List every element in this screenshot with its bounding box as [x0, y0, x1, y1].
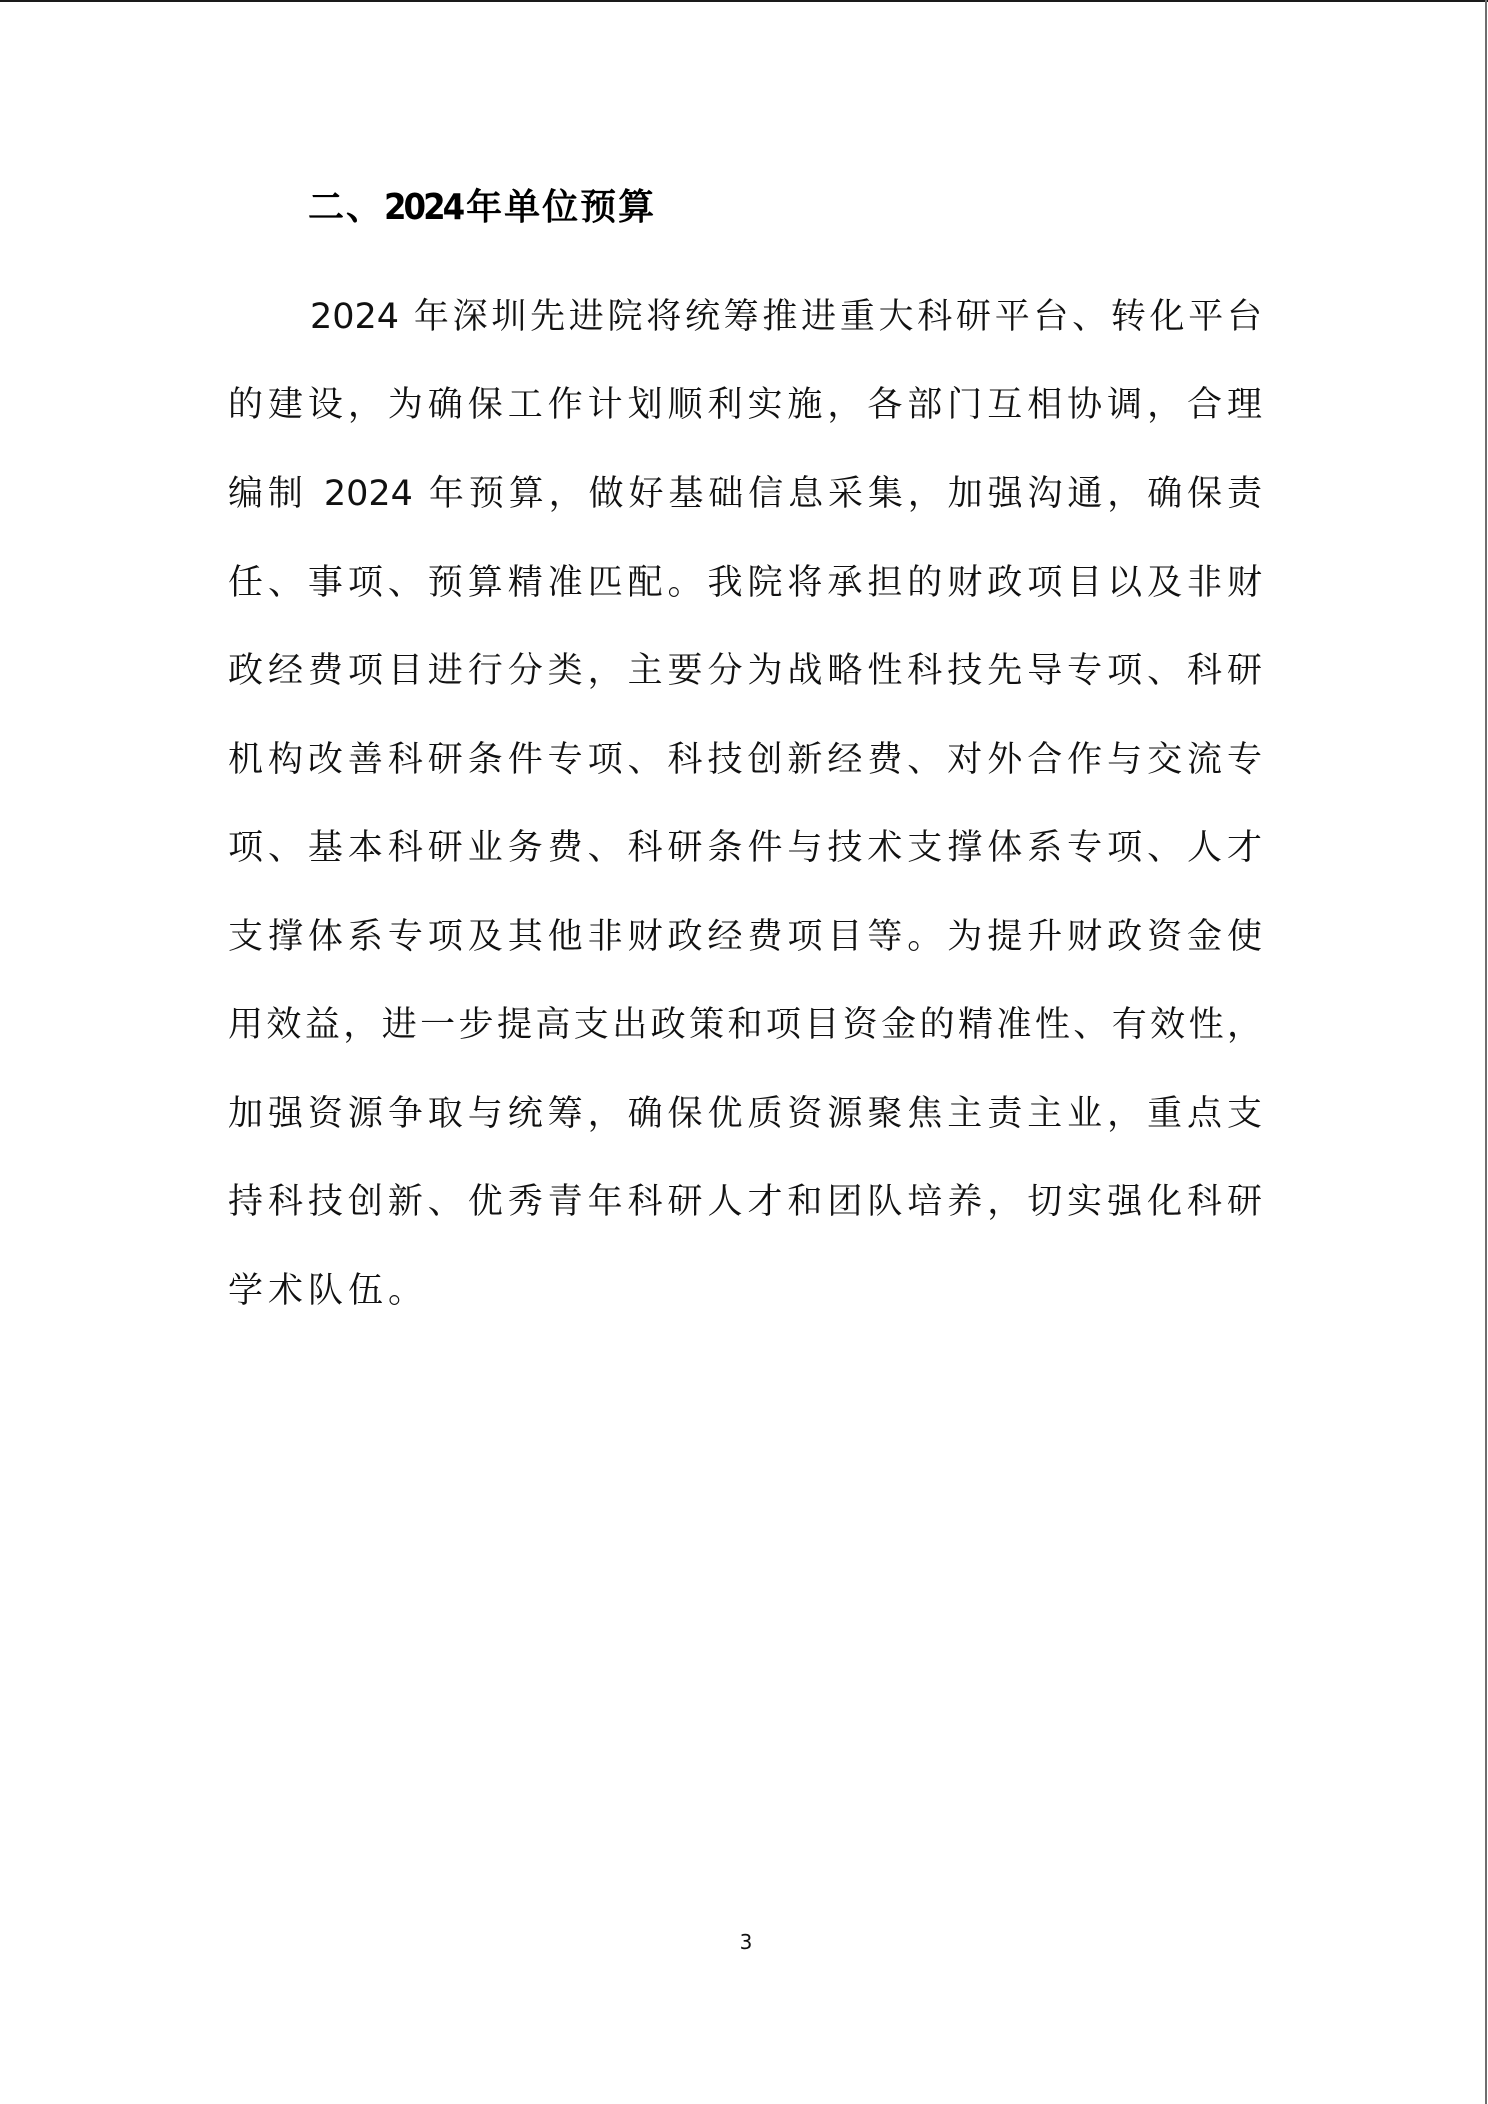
- page-top-border: [0, 0, 1488, 2]
- paragraph-line-9: 用效益，进一步提高支出政策和项目资金的精准性、有效性，: [228, 1000, 1262, 1050]
- paragraph-line-1: 2024 年深圳先进院将统筹推进重大科研平台、转化平台: [310, 292, 1262, 342]
- paragraph-line-8: 支撑体系专项及其他非财政经费项目等。为提升财政资金使: [228, 912, 1262, 962]
- section-heading-suffix: 年单位预算: [466, 187, 656, 228]
- paragraph-line-5: 政经费项目进行分类，主要分为战略性科技先导专项、科研: [228, 646, 1262, 696]
- paragraph-line-3: 编制 2024 年预算，做好基础信息采集，加强沟通，确保责: [228, 469, 1262, 519]
- paragraph-line-7: 项、基本科研业务费、科研条件与技术支撑体系专项、人才: [228, 823, 1262, 873]
- section-heading: 二、2024年单位预算: [308, 182, 656, 234]
- paragraph-line-6: 机构改善科研条件专项、科技创新经费、对外合作与交流专: [228, 735, 1262, 785]
- section-heading-prefix: 二、: [308, 187, 384, 228]
- paragraph-line-2: 的建设，为确保工作计划顺利实施，各部门互相协调，合理: [228, 380, 1262, 430]
- paragraph-line-12: 学术队伍。: [228, 1266, 1262, 1316]
- paragraph-line-11: 持科技创新、优秀青年科研人才和团队培养，切实强化科研: [228, 1177, 1262, 1227]
- paragraph-line-4: 任、事项、预算精准匹配。我院将承担的财政项目以及非财: [228, 558, 1262, 608]
- page-number: 3: [736, 1928, 756, 1956]
- page-right-border: [1485, 0, 1487, 2104]
- section-heading-year: 2024: [384, 187, 462, 228]
- document-page: 二、2024年单位预算 2024 年深圳先进院将统筹推进重大科研平台、转化平台 …: [0, 0, 1488, 2104]
- paragraph-line-10: 加强资源争取与统筹，确保优质资源聚焦主责主业，重点支: [228, 1089, 1262, 1139]
